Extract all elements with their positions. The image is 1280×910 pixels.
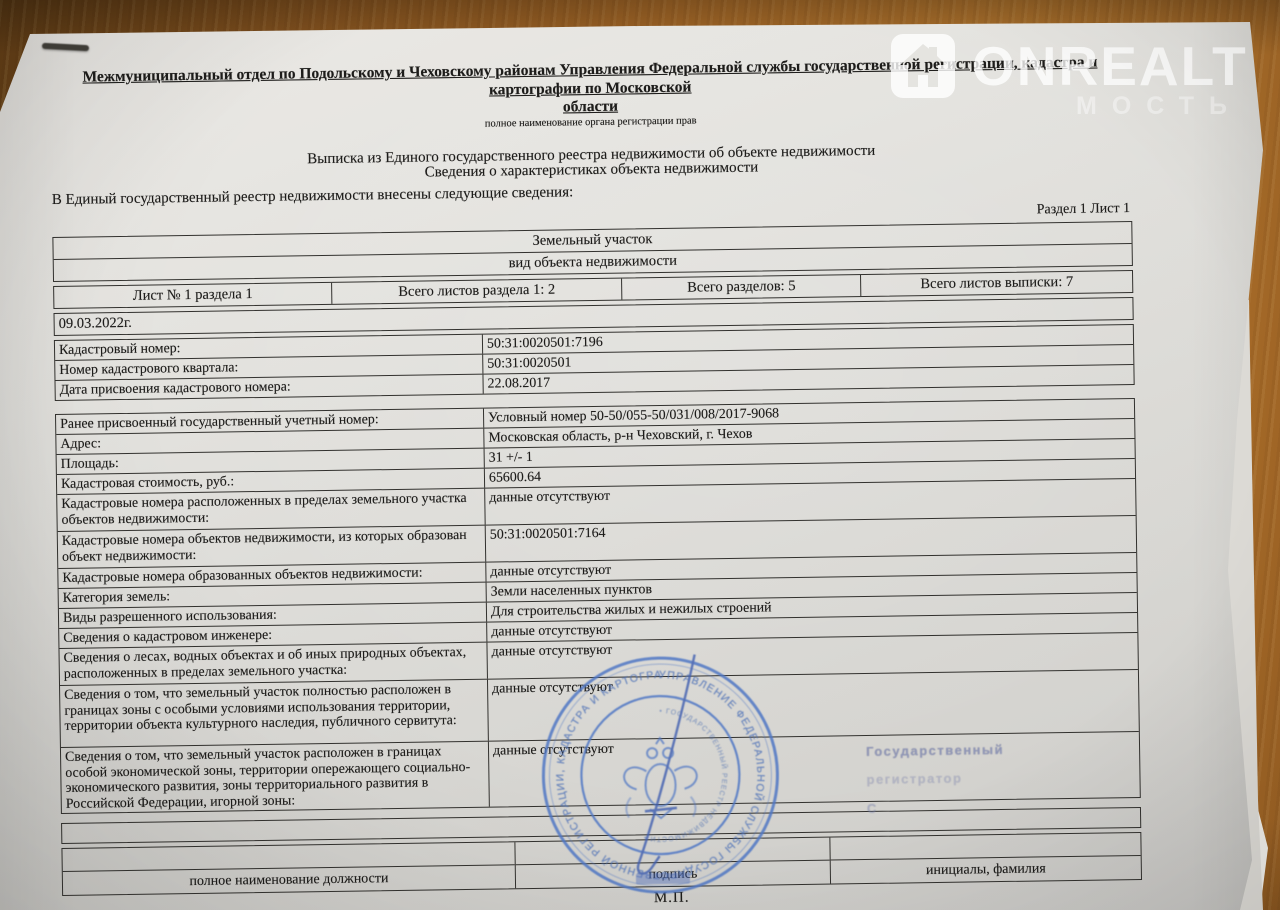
- registrar-stamp-line: регистратор: [866, 768, 1126, 787]
- sheet-info-cell: Лист № 1 раздела 1: [54, 283, 331, 308]
- stamp-outer-ring-text: УПРАВЛЕНИЕ ФЕДЕРАЛЬНОЙ СЛУЖБЫ ГОСУДАРСТВ…: [553, 667, 768, 882]
- row-label: Кадастровые номера объектов недвижимости…: [58, 526, 485, 568]
- registrar-stamp-line: Государственный: [866, 740, 1126, 759]
- name-caption: инициалы, фамилия: [831, 856, 1141, 884]
- row-label: Сведения о том, что земельный участок по…: [60, 680, 488, 747]
- sheet-info-cell: Всего листов раздела 1: 2: [331, 279, 621, 304]
- row-label: Сведения о лесах, водных объектах и об и…: [59, 643, 486, 685]
- svg-text:УПРАВЛЕНИЕ ФЕДЕРАЛЬНОЙ СЛУЖБЫ: УПРАВЛЕНИЕ ФЕДЕРАЛЬНОЙ СЛУЖБЫ ГОСУДАРСТВ…: [553, 667, 768, 882]
- svg-text:• ГОСУДАРСТВЕННЫЙ РЕЕСТР НЕДВИ: • ГОСУДАРСТВЕННЫЙ РЕЕСТР НЕДВИЖИМОСТИ •: [640, 707, 730, 842]
- cadastral-number-table: Кадастровый номер: 50:31:0020501:7196 Но…: [54, 324, 1135, 401]
- document-content: Межмуниципальный отдел по Подольскому и …: [50, 40, 1143, 910]
- row-label: Сведения о том, что земельный участок ра…: [61, 742, 489, 813]
- stamp-inner-ring-text: • ГОСУДАРСТВЕННЫЙ РЕЕСТР НЕДВИЖИМОСТИ •: [640, 707, 730, 842]
- official-round-stamp: УПРАВЛЕНИЕ ФЕДЕРАЛЬНОЙ СЛУЖБЫ ГОСУДАРСТВ…: [526, 641, 794, 910]
- row-label: Кадастровые номера расположенных в преде…: [57, 489, 484, 531]
- sheet-info-cell: Всего разделов: 5: [621, 275, 861, 300]
- registrar-ink-stamp: Государственный регистратор С: [866, 740, 1127, 816]
- position-column: полное наименование должности: [62, 842, 515, 895]
- double-eagle-emblem: [624, 738, 698, 819]
- sheet-info-cell: Всего листов выписки: 7: [860, 271, 1132, 296]
- name-column: инициалы, фамилия: [829, 833, 1141, 884]
